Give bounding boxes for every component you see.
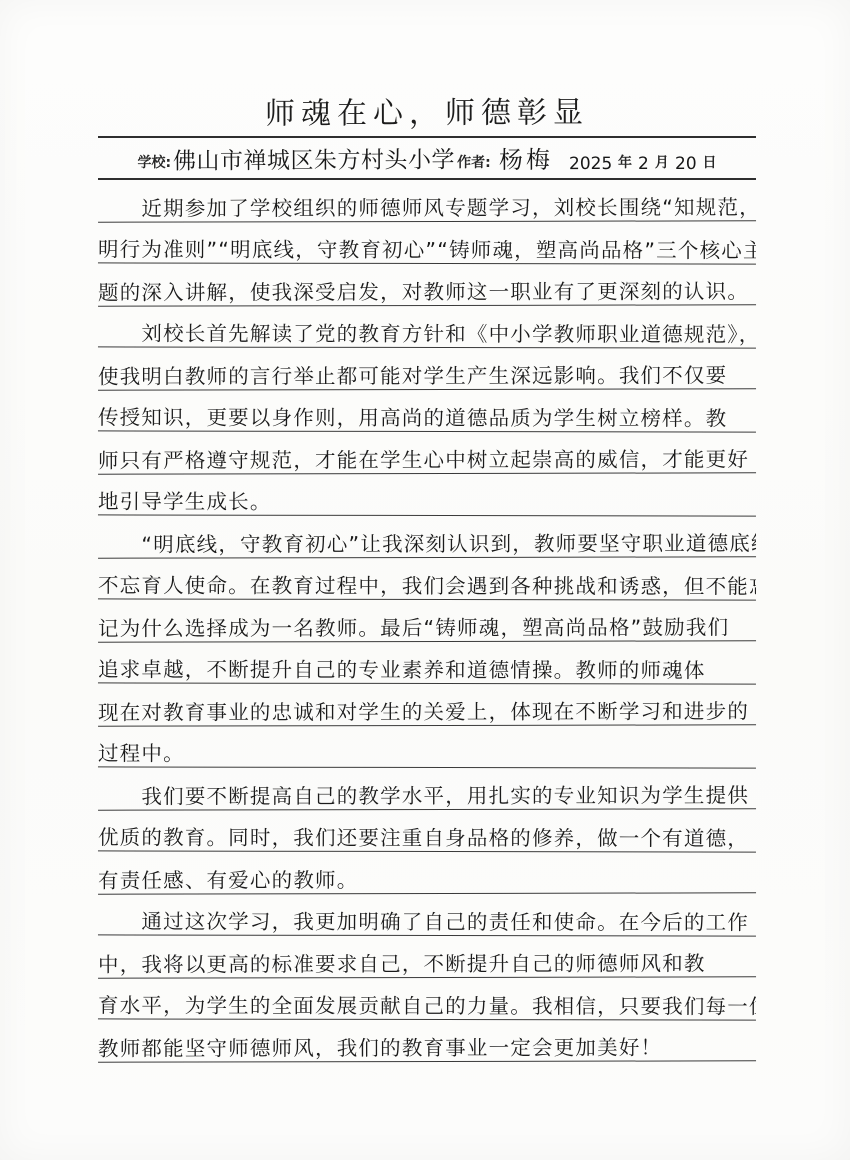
essay-line: 记为什么选择成为一名教师。最后“铸师魂，塑高尚品格”鼓励我们	[98, 599, 756, 642]
year-suffix: 年	[618, 152, 632, 172]
essay-line: 使我明白教师的言行举止都可能对学生产生深远影响。我们不仅要	[98, 347, 756, 390]
title-row: 师魂在心，师德彰显	[98, 70, 756, 138]
essay-line: 追求卓越，不断提升自己的专业素养和道德情操。教师的师魂体	[98, 641, 756, 684]
essay-line: 中，我将以更高的标准要求自己，不断提升自己的师德师风和教	[98, 935, 756, 978]
date-day: 20	[675, 154, 697, 174]
school-name: 佛山市禅城区朱方村头小学	[173, 141, 455, 175]
meta-row: 学校: 佛山市禅城区朱方村头小学 作者: 杨梅 2025 年 2 月 20 日	[98, 138, 756, 180]
essay-title: 师魂在心，师德彰显	[265, 87, 589, 132]
essay-line: 通过这次学习，我更加明确了自己的责任和使命。在今后的工作	[98, 893, 756, 936]
scanned-essay-page: 师魂在心，师德彰显 学校: 佛山市禅城区朱方村头小学 作者: 杨梅 2025 年…	[0, 0, 850, 1160]
essay-line: 我们要不断提高自己的教学水平，用扎实的专业知识为学生提供	[98, 767, 756, 810]
essay-line: 近期参加了学校组织的师德师风专题学习，刘校长围绕“知规范，	[98, 179, 756, 222]
essay-line: 传授知识，更要以身作则，用高尚的道德品质为学生树立榜样。教	[98, 389, 756, 432]
essay-line: 教师都能坚守师德师风，我们的教育事业一定会更加美好！	[98, 1019, 756, 1062]
essay-line: 现在对教育事业的忠诚和对学生的关爱上，体现在不断学习和进步的	[98, 683, 756, 726]
month-suffix: 月	[655, 152, 669, 172]
essay-line: 地引导学生成长。	[98, 473, 756, 516]
date-month: 2	[638, 154, 649, 174]
essay-line: 优质的教育。同时，我们还要注重自身品格的修养，做一个有道德，	[98, 809, 756, 852]
school-label: 学校:	[138, 152, 172, 172]
essay-line: 师只有严格遵守规范，才能在学生心中树立起崇高的威信，才能更好	[98, 431, 756, 474]
day-suffix: 日	[702, 152, 716, 172]
essay-line: 刘校长首先解读了党的教育方针和《中小学教师职业道德规范》，	[98, 305, 756, 348]
essay-line: 育水平，为学生的全面发展贡献自己的力量。我相信，只要我们每一位	[98, 977, 756, 1020]
date-year: 2025	[569, 154, 612, 174]
essay-line: 题的深入讲解，使我深受启发，对教师这一职业有了更深刻的认识。	[98, 263, 756, 306]
essay-line: 过程中。	[98, 725, 756, 768]
author-name: 杨梅	[499, 140, 553, 175]
essay-line: 不忘育人使命。在教育过程中，我们会遇到各种挑战和诱惑，但不能忘	[98, 557, 756, 600]
essay-line: 有责任感、有爱心的教师。	[98, 851, 756, 894]
essay-content: 师魂在心，师德彰显 学校: 佛山市禅城区朱方村头小学 作者: 杨梅 2025 年…	[98, 70, 756, 1062]
essay-line: “明底线，守教育初心”让我深刻认识到，教师要坚守职业道德底线，	[98, 515, 756, 558]
essay-line: 明行为准则”“明底线，守教育初心”“铸师魂，塑高尚品格”三个核心主	[98, 221, 756, 264]
author-label: 作者:	[457, 152, 491, 172]
essay-body: 近期参加了学校组织的师德师风专题学习，刘校长围绕“知规范， 明行为准则”“明底线…	[98, 180, 756, 1062]
